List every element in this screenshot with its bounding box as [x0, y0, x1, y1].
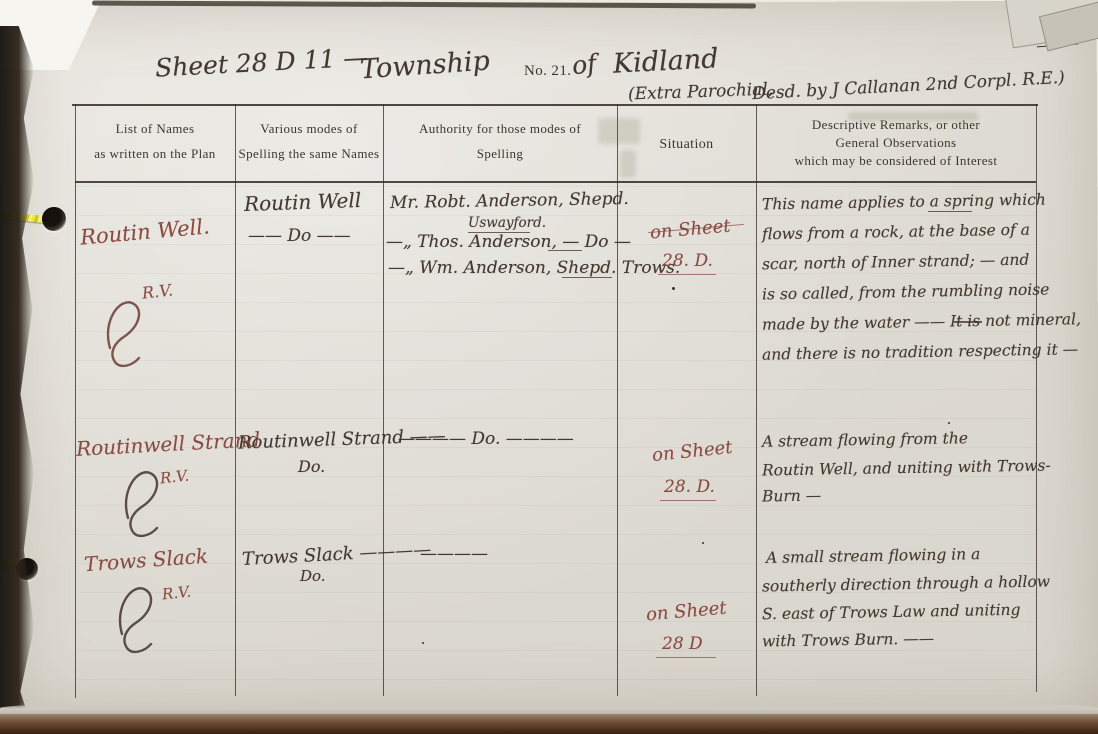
row2-remarks-line3: Burn — [762, 486, 822, 505]
strikethrough-not [954, 321, 982, 323]
row3-examiner-flourish [112, 576, 170, 656]
ink-speck [672, 287, 675, 290]
row1-situation-underline [658, 274, 716, 275]
desk-surface [0, 714, 1098, 734]
row1-authority-line3: —„ Wm. Anderson, Shepd. Trows. [388, 258, 680, 278]
row2-examiner-flourish [118, 460, 176, 540]
row2-spelling-ditto: Do. [298, 457, 325, 476]
header-of-word: of [571, 49, 598, 80]
col-header-remarks-line3: which may be considered of Interest [756, 153, 1036, 169]
underline-do [548, 250, 582, 251]
ink-bleed-smudge [598, 118, 640, 144]
row3-situation-underline [656, 657, 716, 658]
row3-situation-line2: 28 D [662, 634, 703, 654]
row1-authority-line1: Mr. Robt. Anderson, Shepd. [390, 189, 629, 213]
row1-spelling-line1: Routin Well [244, 188, 362, 216]
ink-speck [948, 422, 950, 424]
row3-remarks-line4: with Trows Burn. —— [762, 629, 935, 650]
col-header-authority-line1: Authority for those modes of [383, 121, 617, 137]
col-divider-spelling-authority [383, 104, 384, 696]
ink-speck [702, 542, 704, 544]
row1-examiner-flourish [100, 292, 158, 368]
row3-authority-ditto: ———— [420, 544, 488, 564]
col-header-spelling-line1: Various modes of [235, 121, 383, 137]
punched-hole [42, 207, 66, 231]
row1-situation-line2: 28. D. [662, 251, 713, 271]
table-left-border [75, 104, 76, 698]
ink-bleed-smudge [620, 150, 636, 178]
row3-remarks-line1: A small stream flowing in a [766, 545, 981, 567]
ink-speck [422, 642, 424, 644]
scanned-ledger-page: 21 Sheet 28 D 11 — Township No. 21. of K… [0, 0, 1098, 734]
row1-authority-line2: —„ Thos. Anderson, — Do — [386, 232, 631, 252]
row3-spelling-ditto: Do. [300, 567, 326, 585]
underline-spring [928, 211, 972, 212]
row1-spelling-ditto: —— Do —— [248, 226, 351, 246]
header-township-number: No. 21. [524, 63, 571, 80]
row2-situation-line2: 28. D. [664, 477, 715, 497]
row2-situation-underline [660, 500, 716, 501]
col-header-spelling-line2: Spelling the same Names [235, 146, 383, 162]
row1-authority-residence: Uswayford. [468, 215, 546, 231]
col-header-names-line1: List of Names [75, 121, 235, 137]
row2-authority-ditto: ———— Do. ———— [398, 429, 574, 449]
col-header-authority-line2: Spelling [383, 146, 617, 162]
underline-trows [562, 277, 612, 278]
col-header-remarks-line2: General Observations [756, 135, 1036, 151]
row2-remarks-line1: A stream flowing from the [762, 429, 968, 451]
table-top-border [72, 104, 1038, 106]
table-header-bottom-border [75, 181, 1036, 183]
ink-bleed-smudge [848, 112, 978, 121]
col-divider-situation-remarks [756, 104, 757, 696]
col-divider-names-spelling [235, 104, 236, 696]
col-header-names-line2: as written on the Plan [75, 146, 235, 162]
header-place-name: Kidland [612, 43, 719, 79]
